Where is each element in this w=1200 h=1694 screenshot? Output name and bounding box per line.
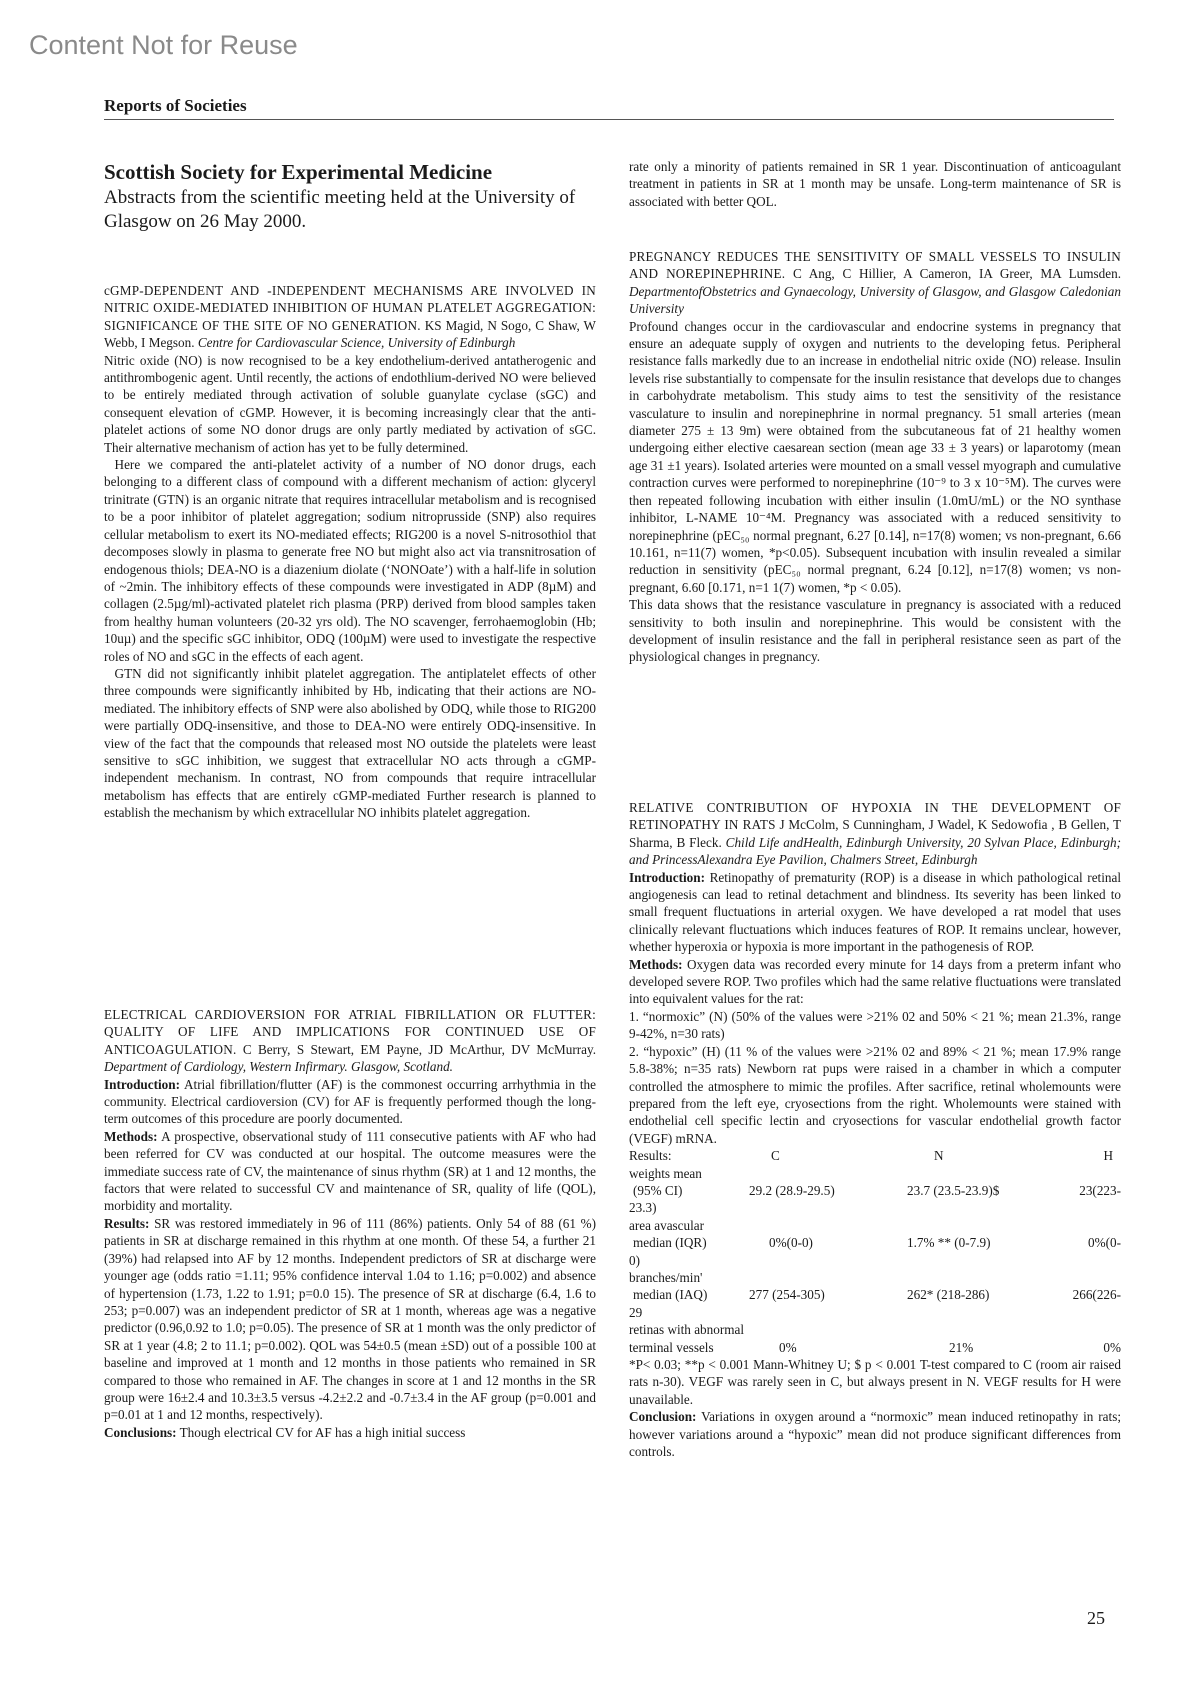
abstract-cardioversion-continued: rate only a minority of patients remaine… — [629, 158, 1121, 210]
table-row: (95% CI) 29.2 (28.9-29.5) 23.7 (23.5-23.… — [629, 1182, 1121, 1199]
abstract-section: Methods: Oxygen data was recorded every … — [629, 956, 1121, 1008]
section-text: SR was restored immediately in 96 of 111… — [104, 1216, 596, 1422]
header-divider — [104, 119, 1114, 120]
cell-h: 266(226- — [1049, 1286, 1121, 1303]
abstract-continuation: rate only a minority of patients remaine… — [629, 158, 1121, 210]
section-text: Though electrical CV for AF has a high i… — [180, 1425, 466, 1440]
method-item: 1. “normoxic” (N) (50% of the values wer… — [629, 1008, 1121, 1043]
cell-c: 0% — [749, 1339, 889, 1356]
cell-n: 23.7 (23.5-23.9)$ — [889, 1182, 1049, 1199]
abstract-section: Introduction: Retinopathy of prematurity… — [629, 869, 1121, 956]
abstract-affiliation: DepartmentofObstetrics and Gynaecology, … — [629, 284, 1121, 316]
row-label-top: area avascular — [629, 1217, 1121, 1234]
abstract-cardioversion: ELECTRICAL CARDIOVERSION FOR ATRIAL FIBR… — [104, 1006, 596, 1441]
abstract-paragraph: GTN did not significantly inhibit platel… — [104, 665, 596, 822]
abstract-section: Conclusions: Though electrical CV for AF… — [104, 1424, 596, 1441]
cell-h: 0% — [1049, 1339, 1121, 1356]
abstract-authors: C Berry, S Stewart, EM Payne, JD McArthu… — [243, 1042, 596, 1057]
abstract-paragraph: Here we compared the anti-platelet activ… — [104, 456, 596, 665]
row-label-top: branches/min' — [629, 1269, 1121, 1286]
method-item: 2. “hypoxic” (H) (11 % of the values wer… — [629, 1043, 1121, 1147]
abstract-section: Introduction: Atrial fibrillation/flutte… — [104, 1076, 596, 1128]
abstract-heading: PREGNANCY REDUCES THE SENSITIVITY OF SMA… — [629, 248, 1121, 318]
header-cell: N — [889, 1147, 1049, 1164]
section-text: Variations in oxygen around a “normoxic”… — [629, 1409, 1121, 1459]
cell-c: 29.2 (28.9-29.5) — [749, 1182, 889, 1199]
section-label: Introduction: — [629, 870, 705, 885]
table-footnote: *P< 0.03; **p < 0.001 Mann-Whitney U; $ … — [629, 1356, 1121, 1408]
header-cell: H — [1049, 1147, 1121, 1164]
table-row: median (IQR) 0%(0-0) 1.7% ** (0-7.9) 0%(… — [629, 1234, 1121, 1251]
section-label: Methods: — [629, 957, 682, 972]
abstract-section: Conclusion: Variations in oxygen around … — [629, 1408, 1121, 1460]
row-label: (95% CI) — [629, 1182, 749, 1199]
watermark: Content Not for Reuse — [29, 30, 298, 61]
abstract-pregnancy: PREGNANCY REDUCES THE SENSITIVITY OF SMA… — [629, 248, 1121, 666]
cell-n: 262* (218-286) — [889, 1286, 1049, 1303]
section-label: Introduction: — [104, 1077, 180, 1092]
row-label: median (IQR) — [629, 1234, 749, 1251]
abstract-paragraph: Profound changes occur in the cardiovasc… — [629, 318, 1121, 597]
results-table: Results: C N H weights mean (95% CI) 29.… — [629, 1147, 1121, 1356]
cell-h: 0%(0- — [1049, 1234, 1121, 1251]
abstract-heading: ELECTRICAL CARDIOVERSION FOR ATRIAL FIBR… — [104, 1006, 596, 1076]
row-wrap: 29 — [629, 1304, 1121, 1321]
abstract-section: Methods: A prospective, observational st… — [104, 1128, 596, 1215]
results-header-row: Results: C N H — [629, 1147, 1121, 1164]
abstract-paragraph: Nitric oxide (NO) is now recognised to b… — [104, 352, 596, 456]
row-wrap: 0) — [629, 1252, 1121, 1269]
cell-c: 0%(0-0) — [749, 1234, 889, 1251]
abstract-retinopathy: RELATIVE CONTRIBUTION OF HYPOXIA IN THE … — [629, 799, 1121, 1460]
section-text: Oxygen data was recorded every minute fo… — [629, 957, 1121, 1007]
section-label: Conclusions: — [104, 1425, 177, 1440]
abstract-section: Results: SR was restored immediately in … — [104, 1215, 596, 1424]
row-label: median (IAQ) — [629, 1286, 749, 1303]
section-label: Results: — [104, 1216, 149, 1231]
abstract-affiliation: Centre for Cardiovascular Science, Unive… — [198, 335, 516, 350]
abstract-cgmp: cGMP-DEPENDENT AND -INDEPENDENT MECHANIS… — [104, 282, 596, 822]
running-head: Reports of Societies — [104, 96, 247, 116]
row-label: terminal vessels — [629, 1339, 749, 1356]
header-cell: C — [749, 1147, 889, 1164]
row-label-top: weights mean — [629, 1165, 1121, 1182]
abstract-affiliation: Department of Cardiology, Western Infirm… — [104, 1059, 453, 1074]
table-row: terminal vessels 0% 21% 0% — [629, 1339, 1121, 1356]
row-wrap: 23.3) — [629, 1199, 1121, 1216]
abstract-heading: RELATIVE CONTRIBUTION OF HYPOXIA IN THE … — [629, 799, 1121, 869]
abstract-heading: cGMP-DEPENDENT AND -INDEPENDENT MECHANIS… — [104, 282, 596, 352]
cell-n: 21% — [889, 1339, 1049, 1356]
section-label: Conclusion: — [629, 1409, 696, 1424]
header-cell: Results: — [629, 1147, 749, 1164]
society-title: Scottish Society for Experimental Medici… — [104, 160, 604, 185]
society-subtitle: Abstracts from the scientific meeting he… — [104, 186, 604, 234]
cell-h: 23(223- — [1049, 1182, 1121, 1199]
cell-c: 277 (254-305) — [749, 1286, 889, 1303]
page-number: 25 — [1087, 1608, 1105, 1629]
cell-n: 1.7% ** (0-7.9) — [889, 1234, 1049, 1251]
abstract-authors: C Ang, C Hillier, A Cameron, IA Greer, M… — [793, 266, 1121, 281]
abstract-paragraph: This data shows that the resistance vasc… — [629, 596, 1121, 666]
section-text: A prospective, observational study of 11… — [104, 1129, 596, 1214]
table-row: median (IAQ) 277 (254-305) 262* (218-286… — [629, 1286, 1121, 1303]
section-label: Methods: — [104, 1129, 157, 1144]
row-label-top: retinas with abnormal — [629, 1321, 1121, 1338]
